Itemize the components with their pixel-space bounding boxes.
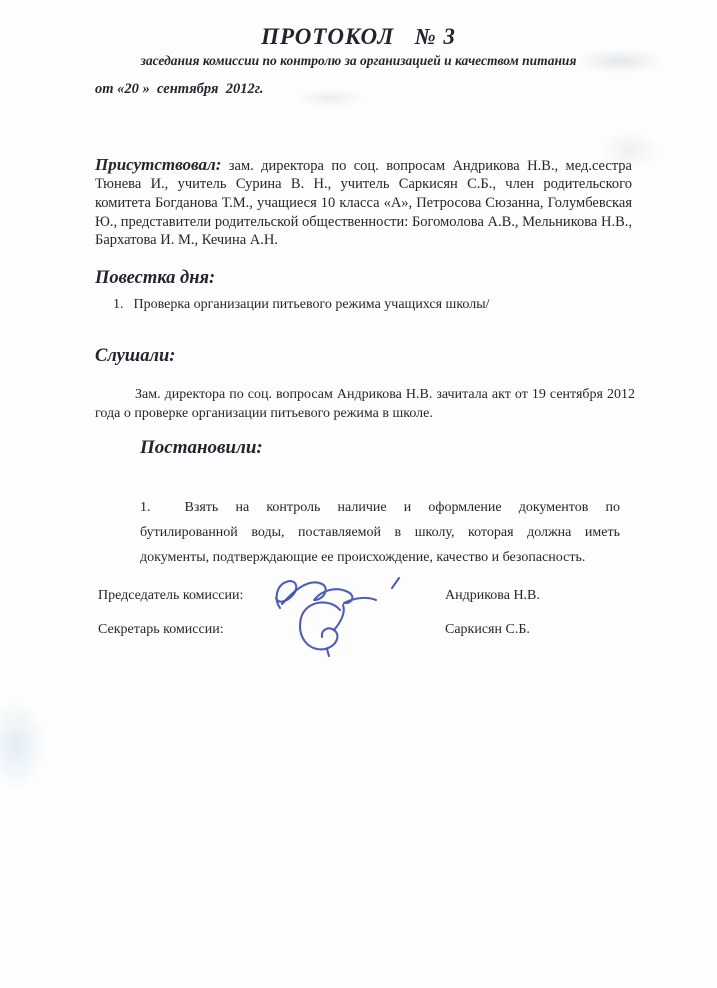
agenda-item-text: Проверка организации питьевого режима уч… <box>134 297 490 312</box>
protocol-title: ПРОТОКОЛ № 3 <box>0 24 717 50</box>
attendees-paragraph: Присутствовал: зам. директора по соц. во… <box>95 156 632 251</box>
scan-blotch <box>0 700 46 790</box>
resolved-heading: Постановили: <box>140 437 263 459</box>
signature-name-chairman: Андрикова Н.В. <box>445 588 540 604</box>
signature-name-secretary: Саркисян С.Б. <box>445 622 530 638</box>
scan-blotch <box>295 88 365 108</box>
protocol-subtitle: заседания комиссии по контролю за органи… <box>0 53 717 69</box>
attendees-label: Присутствовал: <box>95 155 221 174</box>
scanned-protocol-page: ПРОТОКОЛ № 3 заседания комиссии по контр… <box>0 0 717 988</box>
secretary-signature-icon <box>292 598 362 660</box>
protocol-date-line: от «20 » сентября 2012г. <box>95 81 264 98</box>
chairman-signature-icon <box>266 570 416 616</box>
signature-role-secretary: Секретарь комиссии: <box>98 622 224 638</box>
heard-paragraph: Зам. директора по соц. вопросам Андриков… <box>95 385 635 423</box>
agenda-heading: Повестка дня: <box>95 268 215 289</box>
heard-heading: Слушали: <box>95 346 175 367</box>
resolved-item: 1.Взять на контроль наличие и оформление… <box>140 495 620 570</box>
resolved-item-number: 1. <box>140 500 151 515</box>
agenda-item-number: 1. <box>113 297 124 312</box>
signature-role-chairman: Председатель комиссии: <box>98 588 243 604</box>
agenda-item: 1.Проверка организации питьевого режима … <box>113 297 613 313</box>
resolved-item-text: Взять на контроль наличие и оформление д… <box>140 500 620 565</box>
